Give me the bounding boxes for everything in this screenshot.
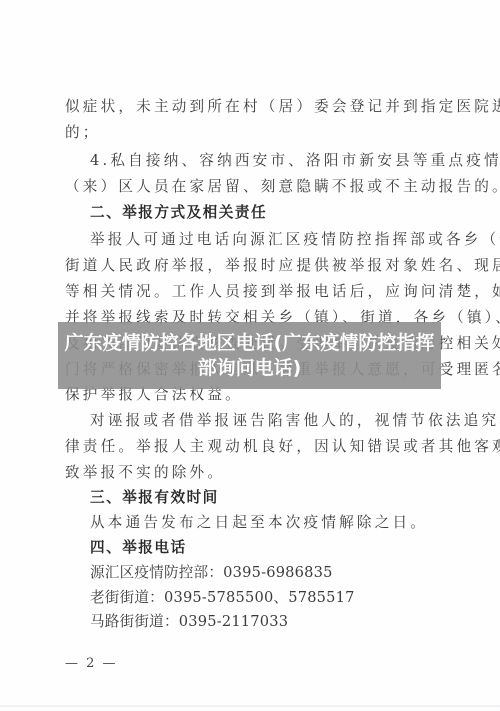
phone-line: 源汇区疫情防控部：0395-6986835 <box>90 564 333 582</box>
body-line: 从本通告发布之日起至本次疫情解除之日。 <box>90 514 428 532</box>
title-banner: 广东疫情防控各地区电话(广东疫情防控指挥部询问电话) <box>58 322 441 389</box>
body-line: 4.私自接纳、容纳西安市、洛阳市新安县等重点疫情地区返 <box>90 152 500 170</box>
section-heading-reporting-method: 二、举报方式及相关责任 <box>90 204 267 222</box>
body-line: 对诬报或者借举报诬告陷害他人的，视情节依法追究相关法 <box>90 412 500 430</box>
section-heading-phone: 四、举报电话 <box>90 539 187 557</box>
body-line: （来）区人员在家居留、刻意隐瞒不报或不主动报告的。 <box>65 178 500 196</box>
section-heading-valid-period: 三、举报有效时间 <box>90 489 219 507</box>
body-line: 致举报不实的除外。 <box>65 464 225 482</box>
body-line: 街道人民政府举报，举报时应提供被举报对象姓名、现居住地址 <box>65 257 500 275</box>
body-line: 举报人可通过电话向源汇区疫情防控指挥部或各乡（镇）、 <box>90 231 500 249</box>
banner-title: 广东疫情防控各地区电话(广东疫情防控指挥部询问电话) <box>65 331 435 381</box>
phone-line: 老街街道：0395-5785500、5785517 <box>90 589 355 607</box>
page-number: — 2 — <box>65 656 118 671</box>
body-line: 的； <box>65 124 101 142</box>
body-line: 似症状，未主动到所在村（居）委会登记并到指定医院进行就诊 <box>65 98 500 116</box>
body-line: 等相关情况。工作人员接到举报电话后，应询问清楚，如实记录， <box>65 283 500 301</box>
body-line: 律责任。举报人主观动机良好，因认知错误或者其他客观原因导 <box>65 438 500 456</box>
phone-line: 马路街街道：0395-2117033 <box>90 613 288 631</box>
